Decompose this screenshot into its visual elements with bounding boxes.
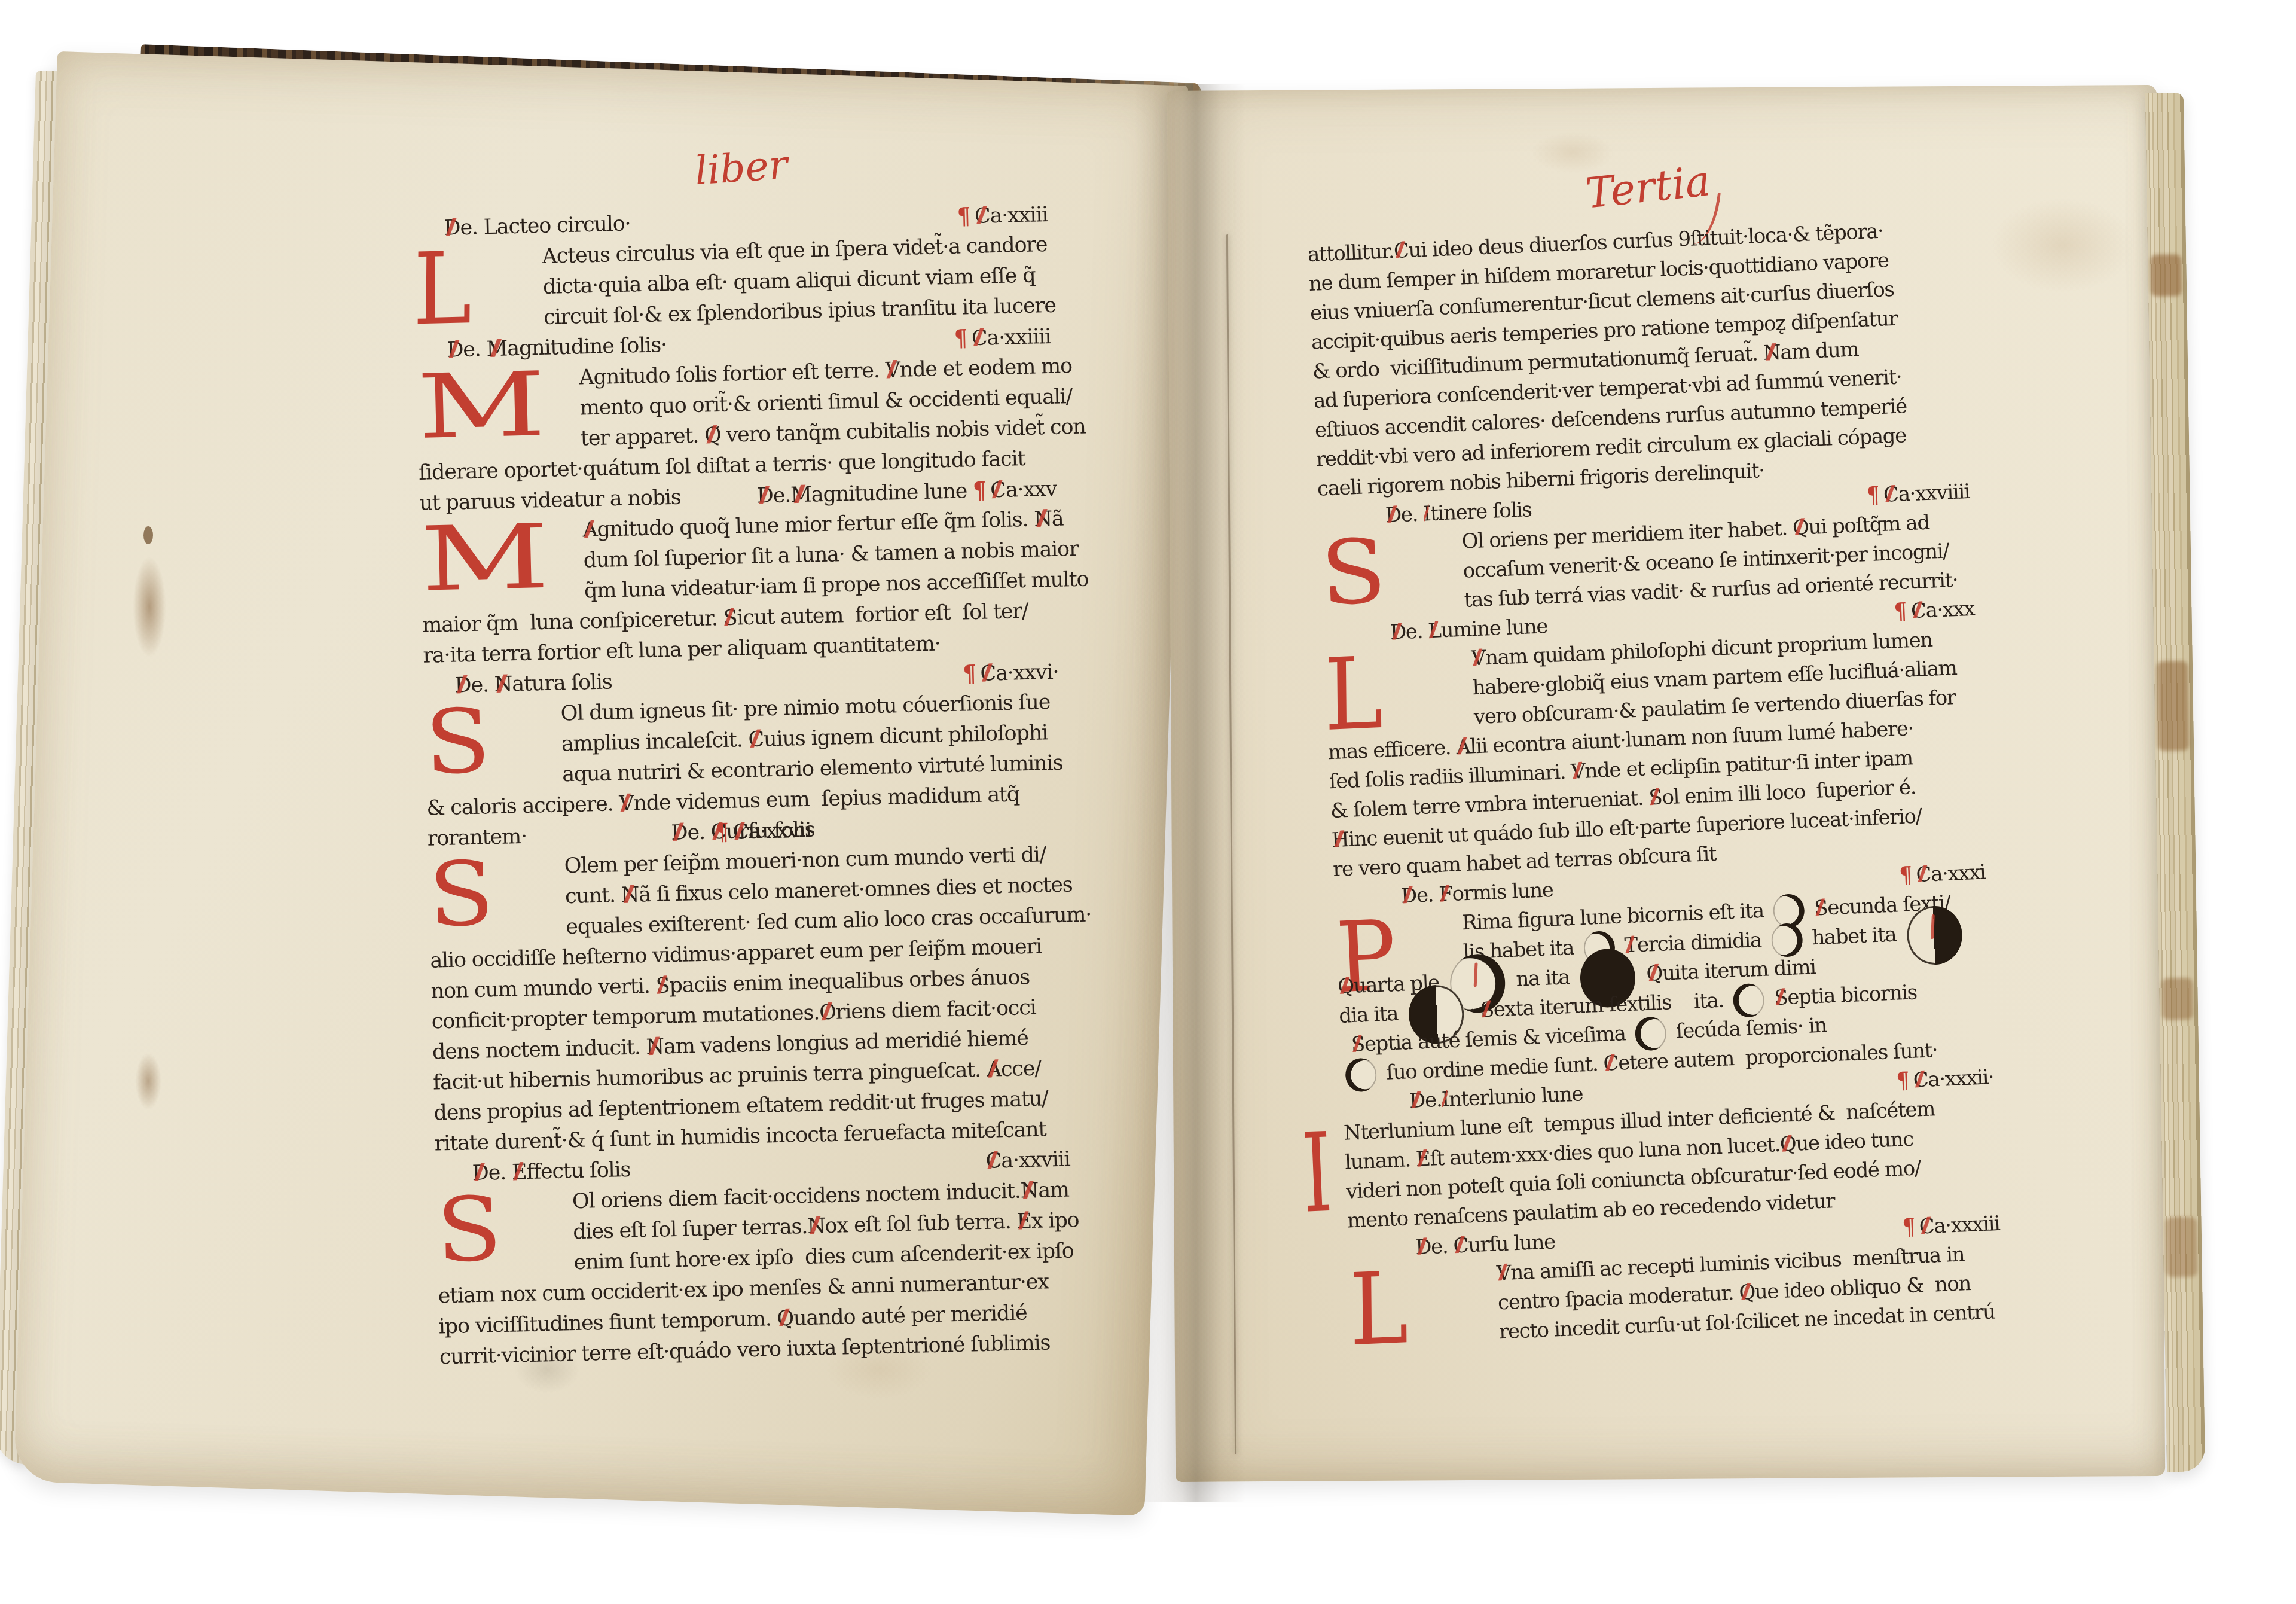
fore-edge-stain xyxy=(2161,978,2193,1020)
rubricated-capital: E xyxy=(511,1157,527,1188)
rubricated-capital: S xyxy=(1813,894,1828,923)
rubricated-capital: A xyxy=(582,515,597,546)
rubricated-capital: V xyxy=(885,355,900,386)
rubricated-capital: C xyxy=(971,323,987,354)
rubricated-capital: C xyxy=(1453,1231,1469,1261)
rubricated-capital: C xyxy=(1883,480,1899,510)
rubricated-capital: S xyxy=(723,603,737,634)
rubricated-capital: S xyxy=(655,971,670,1002)
rubricated-capital: I xyxy=(1422,499,1431,529)
pilcrow-paraph-mark: ¶ xyxy=(963,657,976,691)
rubricated-capital: C xyxy=(975,201,991,232)
paragraph: PRima figura lune bicornis eſt ita Secun… xyxy=(1335,887,1999,1090)
rubricated-capital: O xyxy=(819,998,836,1029)
rubricated-capital: V xyxy=(1496,1259,1511,1289)
paragraph: SOlem per ſeip̃m moueri·non cum mundo ve… xyxy=(428,839,1076,1159)
running-head-left: liber xyxy=(694,142,789,194)
rubricated-capital: C xyxy=(985,1146,1002,1177)
line-center-segment: De. Curſu ſolis¶Ca·xxvii xyxy=(671,815,815,849)
paragraph: SOl dum igneus ſit· pre nimio motu cóuer… xyxy=(424,687,1068,855)
rubricated-capital: D xyxy=(1415,1233,1431,1263)
rubricated-capital: D xyxy=(1409,1086,1425,1116)
gutter-shadow xyxy=(1135,84,1246,1502)
rubricated-capital: Q xyxy=(1646,959,1663,989)
moon-waning-crescent-icon xyxy=(1345,1057,1377,1092)
moon-waning-crescent-icon xyxy=(1635,1017,1667,1051)
pilcrow-paraph-mark: ¶ xyxy=(957,199,970,234)
fore-edge-stain xyxy=(2166,1217,2198,1277)
line-right-segment: ¶Ca·xxvii xyxy=(715,815,811,849)
rubricated-capital: N xyxy=(494,669,512,700)
rubricated-capital: Q xyxy=(704,420,722,452)
rubricated-capital: E xyxy=(1415,1145,1430,1175)
rubricated-capital: D xyxy=(756,481,773,512)
rubricated-capital: A xyxy=(1455,733,1470,763)
paragraph: SOl oriens diem facit·occidens noctem in… xyxy=(435,1175,1080,1373)
chapter-number: ¶Ca·xxxii· xyxy=(1896,1063,2001,1096)
rubricated-capital: N xyxy=(1034,504,1052,535)
incunabula-book-photo: liber Tertia De. Lacteo circulo·¶Ca·xxii… xyxy=(0,0,2296,1604)
fore-edge-stain xyxy=(2157,661,2189,751)
rubricated-capital: C xyxy=(1919,1212,1935,1242)
rubricated-capital: E xyxy=(1016,1206,1032,1237)
pilcrow-paraph-mark: ¶ xyxy=(1866,479,1879,513)
chapter-number: ¶Ca·xxxiii xyxy=(1902,1209,2007,1242)
pilcrow-paraph-mark: ¶ xyxy=(1894,596,1907,629)
chapter-number: Ca·xxviii xyxy=(985,1144,1076,1177)
paragraph: attollitur.Cui ideo deus diuerſos curſus… xyxy=(1307,214,1975,504)
paragraph: MAgnitudo ſolis fortior eſt terre. Vnde … xyxy=(416,352,1061,519)
pilcrow-paraph-mark: ¶ xyxy=(1898,859,1912,893)
rubricated-capital: V xyxy=(1570,757,1585,787)
rubricated-capital: C xyxy=(748,724,764,755)
rubricated-initial-I: I xyxy=(1300,1120,1333,1228)
rubricated-capital: N xyxy=(621,880,639,911)
moon-waxing-crescent-icon xyxy=(1770,923,1803,957)
pilcrow-paraph-mark: ¶ xyxy=(1896,1065,1909,1098)
rubricated-capital: F xyxy=(1438,880,1452,910)
rubricated-capital: S xyxy=(1648,783,1663,813)
pilcrow-paraph-mark: ¶ xyxy=(954,321,967,356)
rubricated-capital: V xyxy=(619,789,634,820)
rubricated-capital: C xyxy=(1910,596,1926,626)
rubricated-capital: L xyxy=(1427,616,1441,646)
pilcrow-paraph-mark: ¶ xyxy=(1902,1211,1915,1245)
rubricated-capital: H xyxy=(1331,825,1349,855)
rubricated-capital: S xyxy=(1480,995,1494,1025)
rubricated-capital: C xyxy=(990,475,1006,507)
rubricated-capital: D xyxy=(671,818,688,849)
rubricated-capital: V xyxy=(1471,644,1486,673)
rubricated-capital: N xyxy=(1763,339,1781,368)
moon-waxing-crescent-icon xyxy=(1773,894,1805,928)
paragraph: LVnam quidam philoſophi dicunt proprium … xyxy=(1324,623,1990,885)
rubricated-capital: C xyxy=(1603,1049,1619,1079)
chapter-number: ¶Ca·xxvi· xyxy=(963,657,1065,690)
rubricated-capital: D xyxy=(1400,881,1417,911)
chapter-number: ¶Ca·xxxi xyxy=(1898,858,1992,891)
rubricated-capital: N xyxy=(1020,1176,1039,1207)
paragraph: MAgnitudo quoq̃ lune mior fertur eſſe q̃… xyxy=(420,504,1064,672)
moon-waning-crescent-icon xyxy=(1733,983,1765,1018)
rubricated-capital: C xyxy=(1913,1066,1929,1096)
rubricated-capital: C xyxy=(732,817,749,848)
rubricated-capital: C xyxy=(980,658,996,690)
chapter-number: ¶Ca·xxviiii xyxy=(1866,477,1976,511)
rubricated-capital: Q xyxy=(777,1304,794,1335)
fore-edge-stain xyxy=(2150,254,2182,297)
rubricated-capital: Q xyxy=(1792,513,1809,543)
rubricated-capital: I xyxy=(1441,1085,1449,1115)
paragraph: LActeus circulus via eſt que in ſpera vi… xyxy=(413,230,1056,336)
chapter-number: ¶Ca·xxx xyxy=(1894,594,1981,627)
rubricated-capital: Q xyxy=(1738,1278,1755,1308)
rubricated-capital: S xyxy=(1773,983,1788,1013)
rubricated-capital: Q xyxy=(1779,1130,1796,1160)
pilcrow-paraph-mark: ¶ xyxy=(973,473,986,508)
rubricated-capital: C xyxy=(1916,860,1932,890)
rubricated-capital: C xyxy=(1393,236,1409,266)
chapter-number: ¶Ca·xxiii xyxy=(957,199,1054,232)
rubricated-capital: M xyxy=(790,480,812,511)
rubricated-capital: S xyxy=(1351,1030,1365,1060)
right-page-text-column: attollitur.Cui ideo deus diuerſos curſus… xyxy=(1307,214,2010,1353)
rubricated-capital: D xyxy=(1390,618,1406,648)
rubricated-capital: D xyxy=(1385,501,1402,530)
rubricated-capital: Q xyxy=(1337,972,1354,1002)
rubricated-capital: N xyxy=(807,1211,826,1242)
pilcrow-paraph-mark: ¶ xyxy=(715,815,728,850)
chapter-number: ¶Ca·xxiiii xyxy=(954,321,1057,354)
rubricated-capital: A xyxy=(986,1054,1001,1085)
left-page-text-column: De. Lacteo circulo·¶Ca·xxiiiLActeus circ… xyxy=(413,199,1080,1373)
rubricated-capital: N xyxy=(646,1032,664,1063)
